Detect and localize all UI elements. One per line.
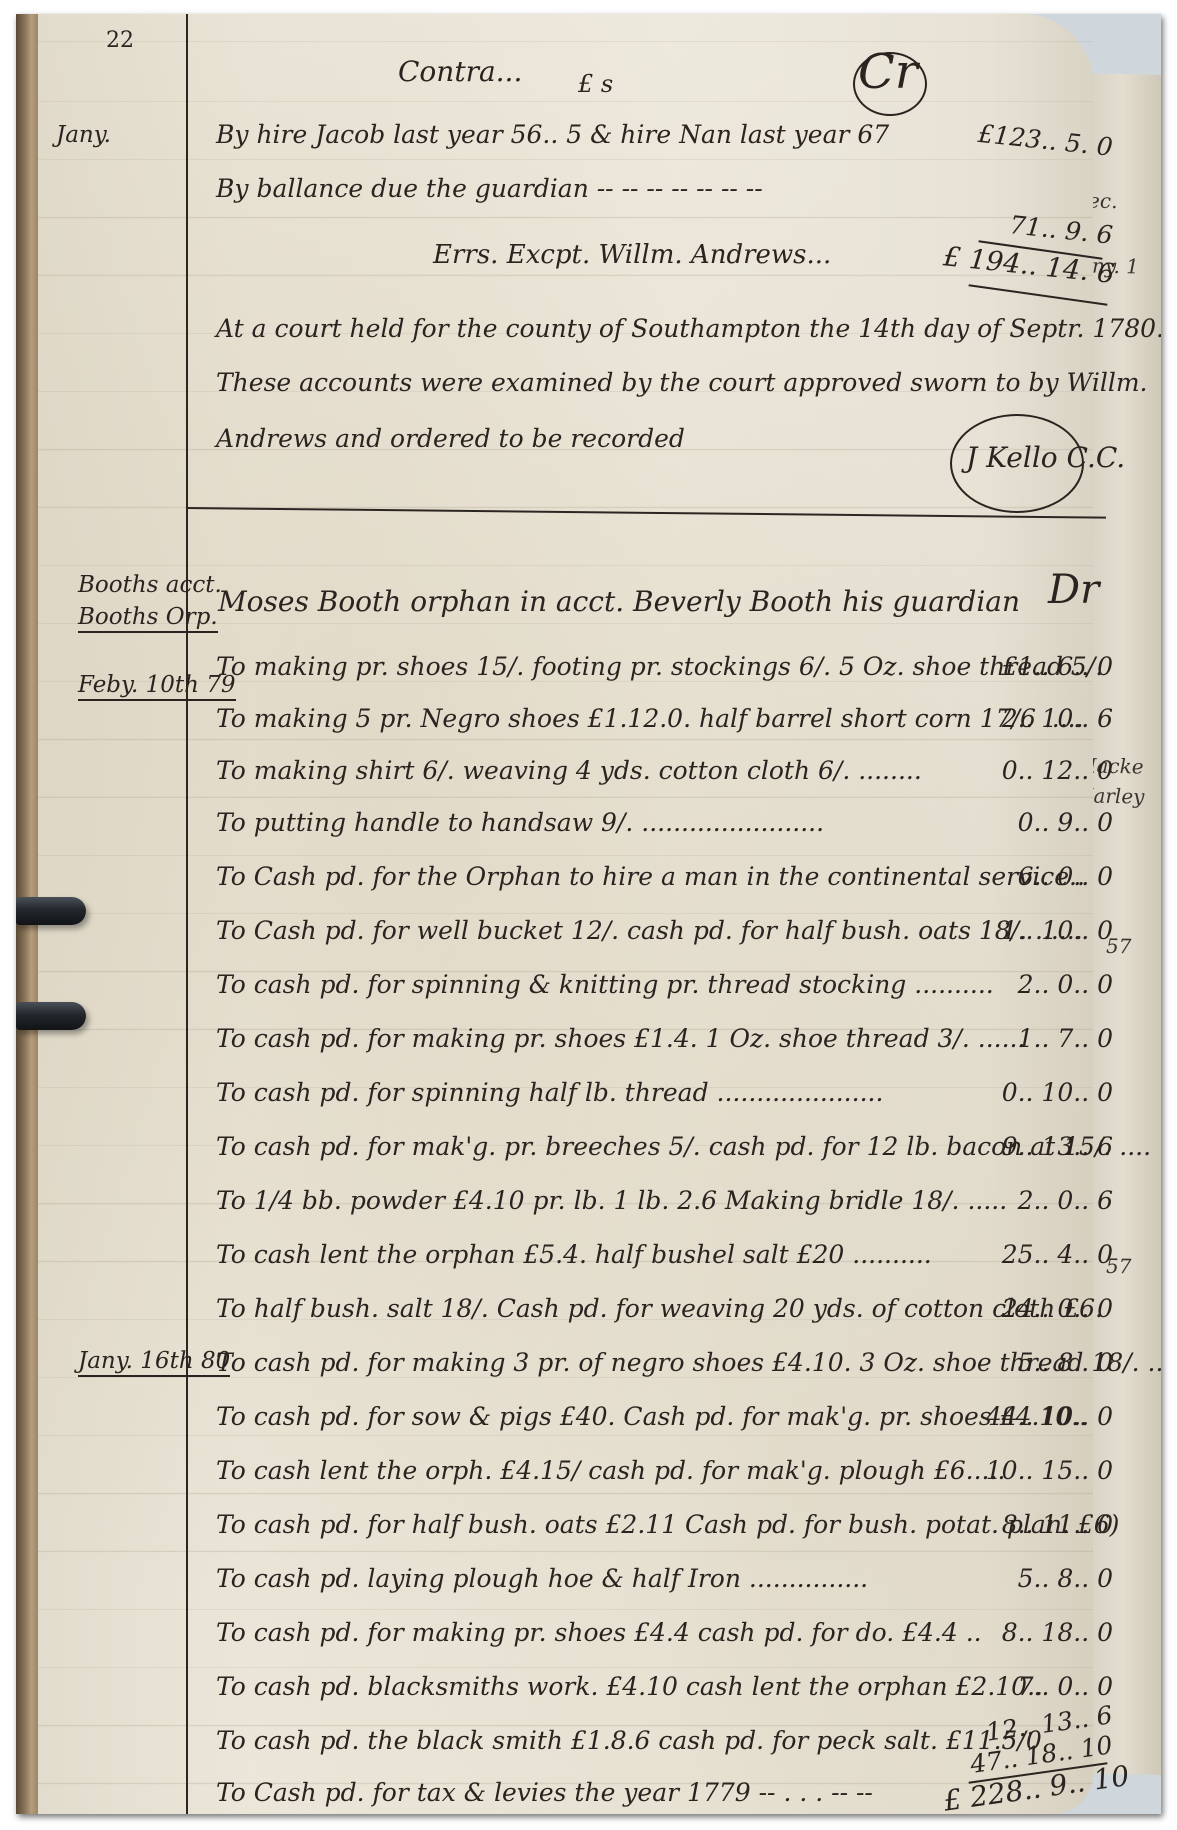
ledger-amount: 5.. 8.. 0 xyxy=(943,1350,1113,1375)
ledger-amount: 44.. 10.. 0 xyxy=(943,1404,1113,1429)
ledger-entry: To Cash pd. for tax & levies the year 17… xyxy=(216,1780,873,1805)
margin-note: Booths acct. xyxy=(78,574,222,597)
court-note-line: These accounts were examined by the cour… xyxy=(216,370,1148,395)
contra-amount: 71.. 9. 6 xyxy=(942,205,1114,248)
account-heading: Moses Booth orphan in acct. Beverly Boot… xyxy=(218,588,1020,616)
court-note-line: Andrews and ordered to be recorded xyxy=(216,426,685,451)
ledger-amount: 1.. 10.. 0 xyxy=(943,918,1113,943)
ledger-entry: To cash lent the orph. £4.15/ cash pd. f… xyxy=(216,1458,1005,1483)
ledger-amount: 2.. 0.. 0 xyxy=(943,972,1113,997)
ledger-entry: To making shirt 6/. weaving 4 yds. cotto… xyxy=(216,758,922,783)
ledger-amount: 8.. 18.. 0 xyxy=(943,1620,1113,1645)
currency-header: £ s xyxy=(578,72,613,96)
section-divider xyxy=(186,507,1106,519)
ledger-amount: 8.. 11.. 0 xyxy=(943,1512,1113,1537)
ledger-entry: To cash pd. for making pr. shoes £1.4. 1… xyxy=(216,1026,1025,1051)
margin-date: Jany. xyxy=(56,124,111,147)
ledger-entry: To cash pd. for making pr. shoes £4.4 ca… xyxy=(216,1620,982,1645)
margin-note: Booths Orp. xyxy=(78,606,218,633)
ledger-page: 22 Contra... £ s Cr Jany. By hire Jacob … xyxy=(38,14,1093,1814)
margin-rule xyxy=(186,14,188,1814)
ledger-entry: To cash pd. for spinning & knitting pr. … xyxy=(216,972,994,997)
ledger-entry: To cash pd. blacksmiths work. £4.10 cash… xyxy=(216,1674,1043,1699)
ledger-amount: 0.. 12.. 0 xyxy=(943,758,1113,783)
ledger-amount: 7.. 0.. 0 xyxy=(943,1674,1113,1699)
ledger-entry: To cash lent the orphan £5.4. half bushe… xyxy=(216,1242,932,1267)
binder-ring-icon xyxy=(16,897,86,925)
contra-amount: £123.. 5. 0 xyxy=(942,117,1114,160)
ledger-amount: 25.. 4.. 0 xyxy=(943,1242,1113,1267)
contra-entry: By ballance due the guardian -- -- -- --… xyxy=(216,176,763,201)
contra-entry: By hire Jacob last year 56.. 5 & hire Na… xyxy=(216,122,889,147)
court-note-line: At a court held for the county of Southa… xyxy=(216,316,1161,341)
attestation-signature: Errs. Excpt. Willm. Andrews... xyxy=(433,242,831,268)
ledger-entry: To cash pd. the black smith £1.8.6 cash … xyxy=(216,1728,1042,1753)
ledger-amount: 0.. 10.. 0 xyxy=(943,1080,1113,1105)
page-number: 22 xyxy=(106,30,134,52)
ledger-amount: 24.. 0.. 0 xyxy=(943,1296,1113,1321)
dr-mark: Dr xyxy=(1048,570,1099,610)
ledger-entry: To cash pd. for spinning half lb. thread… xyxy=(216,1080,883,1105)
margin-date: Feby. 10th 79 xyxy=(78,674,236,701)
ledger-entry: To 1/4 bb. powder £4.10 pr. lb. 1 lb. 2.… xyxy=(216,1188,1007,1213)
ledger-amount: 2.. 0.. 6 xyxy=(943,1188,1113,1213)
ledger-entry: To cash pd. laying plough hoe & half Iro… xyxy=(216,1566,868,1591)
ledger-amount: 6.. 0.. 0 xyxy=(943,864,1113,889)
ledger-amount: 9.. 13.. 6 xyxy=(943,1134,1113,1159)
ledger-amount: 10.. 15.. 0 xyxy=(943,1458,1113,1483)
signature-flourish-icon xyxy=(950,414,1084,513)
margin-date: Jany. 16th 80 xyxy=(78,1350,230,1377)
ledger-amount: 5.. 8.. 0 xyxy=(943,1566,1113,1591)
ledger-amount: 0.. 9.. 0 xyxy=(943,810,1113,835)
contra-total: £ 194.. 14. 6 xyxy=(942,243,1114,288)
sum-rule xyxy=(969,284,1108,305)
scanned-page-frame: Dec. Jany. 1 Macke Harley 57 57 22 Contr… xyxy=(16,14,1161,1814)
cr-flourish-icon xyxy=(853,52,927,116)
ledger-amount: 2.. 10.. 6 xyxy=(943,706,1113,731)
ledger-entry: To putting handle to handsaw 9/. .......… xyxy=(216,810,824,835)
ledger-amount: £1.. 6.. 0 xyxy=(943,654,1113,679)
contra-heading: Contra... xyxy=(398,58,522,86)
binder-ring-icon xyxy=(16,1002,86,1030)
ledger-amount: 1.. 7.. 0 xyxy=(943,1026,1113,1051)
